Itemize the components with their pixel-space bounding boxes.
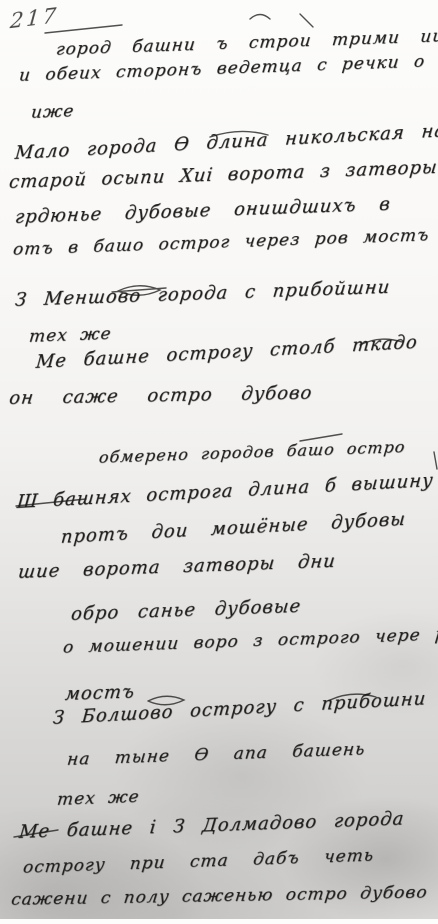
- manuscript-line: о мошении воро з острого чере ро: [62, 624, 438, 658]
- manuscript-line: на тыне Ѳ апа башень: [66, 739, 366, 770]
- manuscript-line: обмерено городов башо остро: [98, 437, 407, 467]
- manuscript-line: тех же: [28, 324, 113, 347]
- manuscript-line: грдюнье дубовые онишдшихъ в: [14, 194, 392, 228]
- page-number: 217: [9, 3, 60, 33]
- manuscript-line: Ме башне і З Долмадово города: [18, 808, 406, 843]
- manuscript-line: протъ дои мошёные дубовы: [60, 509, 407, 548]
- manuscript-page: 217 город башни ъ строи трими ицаи обеих…: [0, 0, 438, 924]
- manuscript-line: он саже остро дубово: [8, 383, 314, 409]
- manuscript-line: мостъ: [64, 681, 136, 705]
- manuscript-line: тех же: [56, 787, 141, 810]
- manuscript-line: обро санье дубовые: [70, 596, 302, 625]
- manuscript-line: сажени с полу саженью остро дубово: [10, 883, 429, 910]
- manuscript-line: З Меншово города с прибойшни: [14, 277, 391, 311]
- manuscript-line: шие ворота затворы дни: [17, 551, 337, 583]
- manuscript-line: отъ в башо острог через ров мостъ: [12, 225, 430, 260]
- manuscript-line: Ш башнях острога длина б вышину: [16, 470, 434, 513]
- scan-bottom-edge: [0, 919, 438, 924]
- manuscript-line: иже: [30, 101, 75, 123]
- manuscript-line: старой осыпи Хиі ворота з затворы: [8, 157, 438, 193]
- manuscript-line: острогу при ста дабъ четь: [22, 846, 375, 878]
- manuscript-line: Мало города Ѳ длина никольская на: [14, 120, 438, 164]
